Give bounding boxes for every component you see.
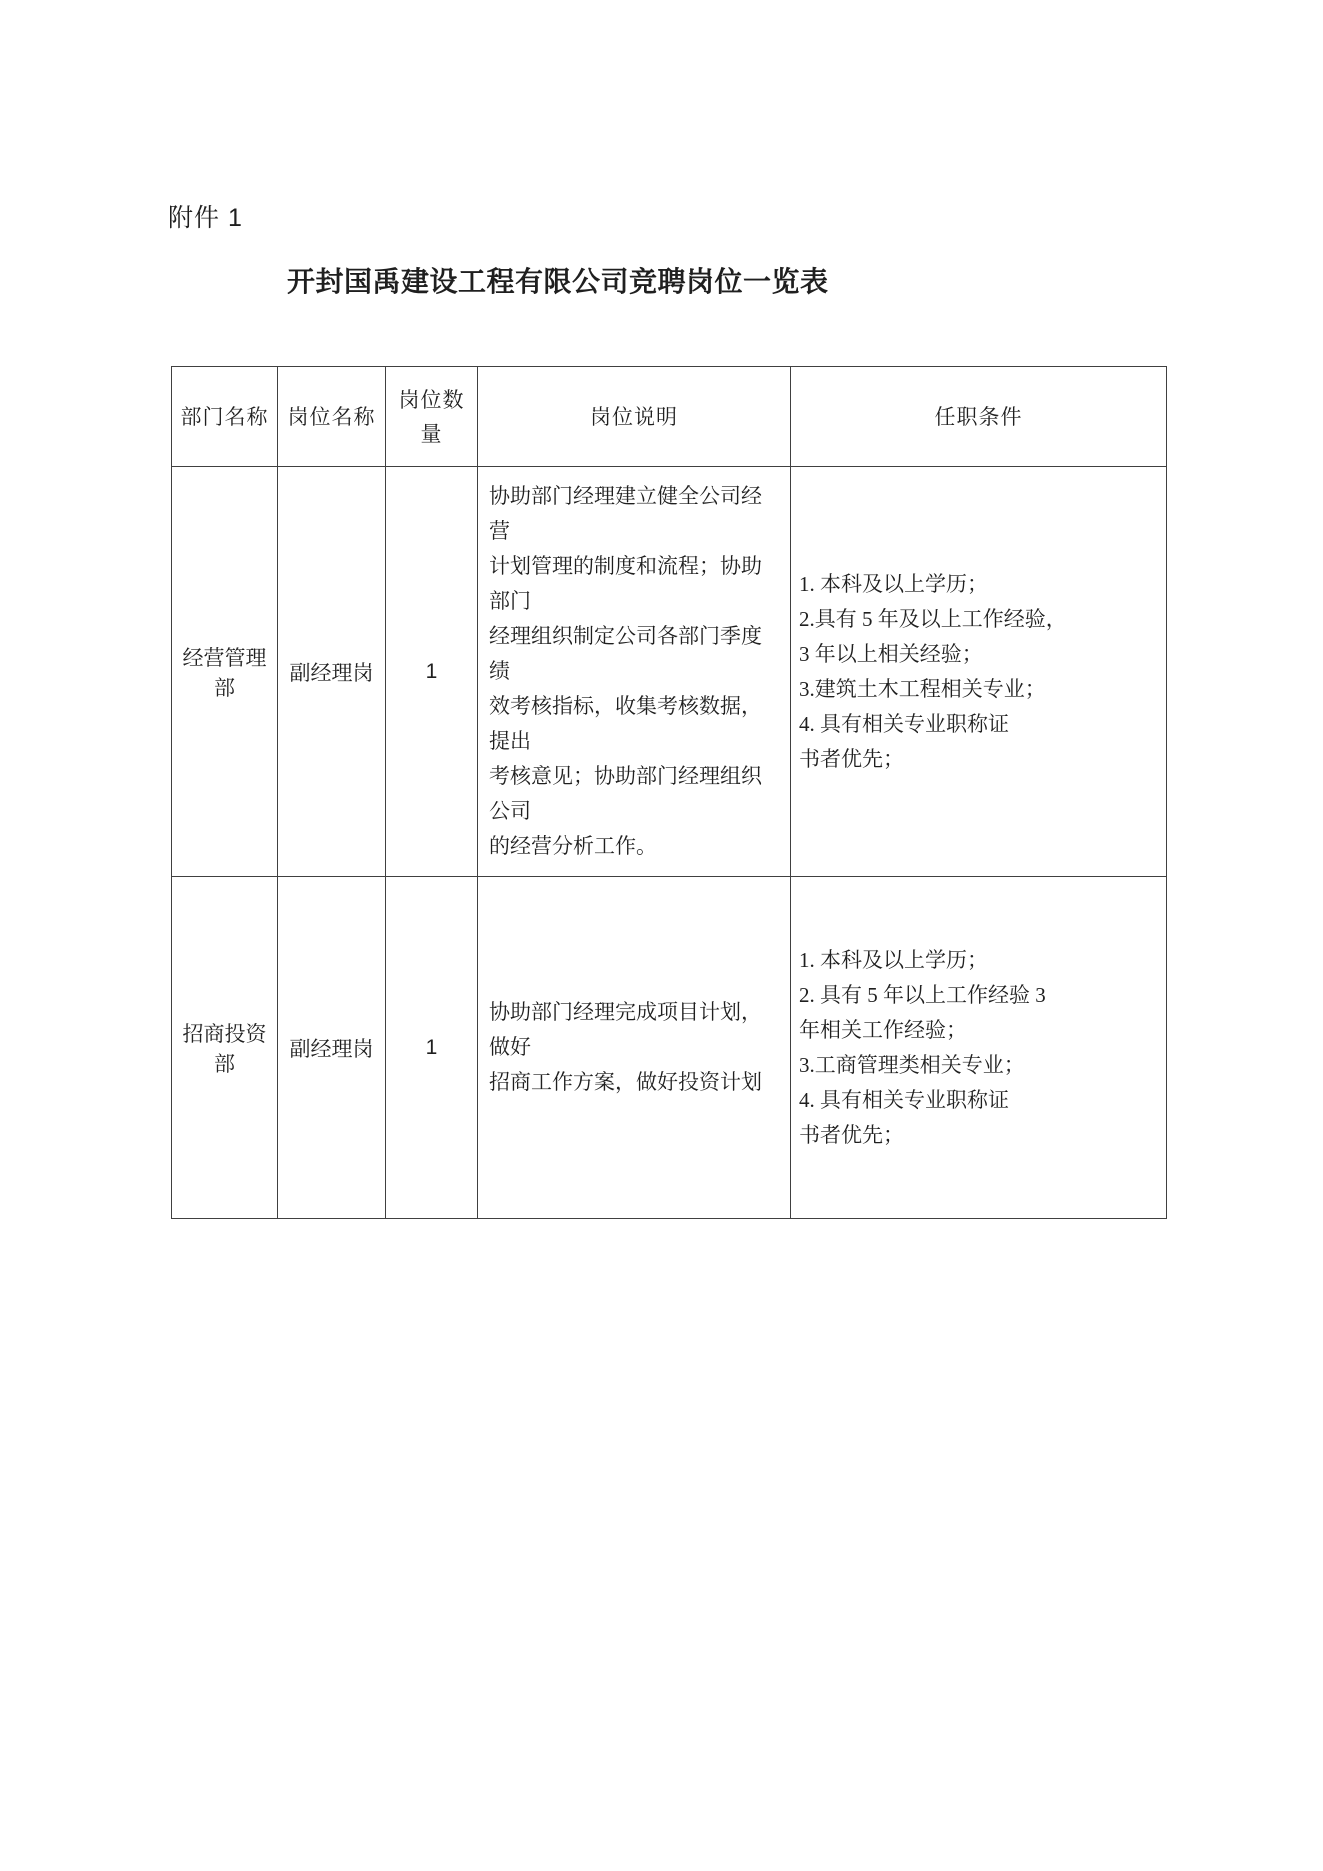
attachment-label: 附件 1 <box>168 198 243 234</box>
header-description: 岗位说明 <box>478 367 791 467</box>
table-header-row: 部门名称 岗位名称 岗位数量 岗位说明 任职条件 <box>172 367 1167 467</box>
cell-requirements: 1. 本科及以上学历； 2. 具有 5 年以上工作经验 3 年相关工作经验； 3… <box>791 877 1167 1219</box>
header-count: 岗位数量 <box>386 367 478 467</box>
cell-count: 1 <box>386 877 478 1219</box>
cell-count: 1 <box>386 467 478 877</box>
positions-table: 部门名称 岗位名称 岗位数量 岗位说明 任职条件 经营管理部 副经理岗 1 协助… <box>171 366 1167 1219</box>
document-page: 附件 1 开封国禹建设工程有限公司竞聘岗位一览表 部门名称 岗位名称 岗位数量 … <box>0 0 1323 1871</box>
cell-department: 招商投资部 <box>172 877 278 1219</box>
cell-requirements: 1. 本科及以上学历； 2.具有 5 年及以上工作经验， 3 年以上相关经验； … <box>791 467 1167 877</box>
cell-position: 副经理岗 <box>278 467 386 877</box>
cell-description: 协助部门经理完成项目计划，做好 招商工作方案，做好投资计划 <box>478 877 791 1219</box>
table-row: 经营管理部 副经理岗 1 协助部门经理建立健全公司经营 计划管理的制度和流程；协… <box>172 467 1167 877</box>
table-row: 招商投资部 副经理岗 1 协助部门经理完成项目计划，做好 招商工作方案，做好投资… <box>172 877 1167 1219</box>
page-title: 开封国禹建设工程有限公司竞聘岗位一览表 <box>287 260 829 300</box>
header-position: 岗位名称 <box>278 367 386 467</box>
header-department: 部门名称 <box>172 367 278 467</box>
header-requirements: 任职条件 <box>791 367 1167 467</box>
cell-department: 经营管理部 <box>172 467 278 877</box>
cell-description: 协助部门经理建立健全公司经营 计划管理的制度和流程；协助部门 经理组织制定公司各… <box>478 467 791 877</box>
cell-position: 副经理岗 <box>278 877 386 1219</box>
